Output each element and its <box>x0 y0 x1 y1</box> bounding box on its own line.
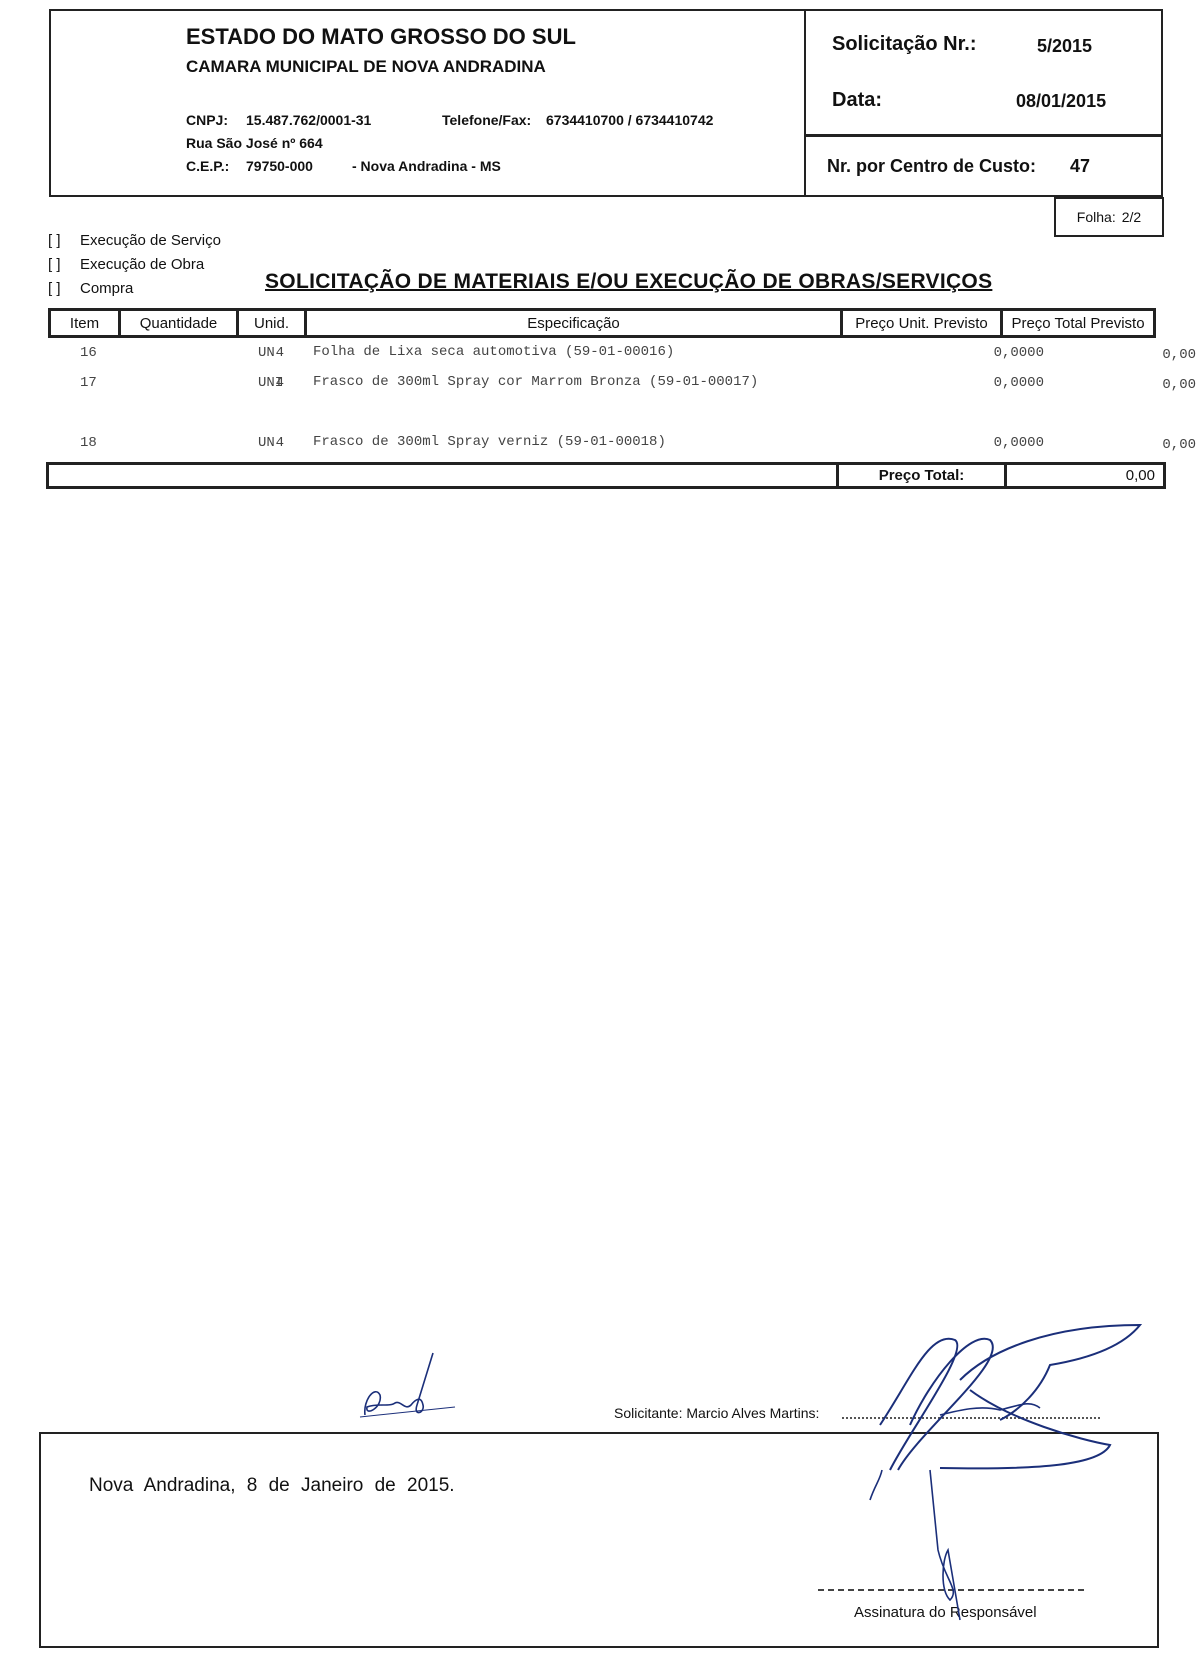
unit: UN <box>258 435 275 451</box>
phone-label: Telefone/Fax: <box>442 112 531 128</box>
specification: Frasco de 300ml Spray verniz (59-01-0001… <box>313 427 783 457</box>
divider <box>806 134 1161 137</box>
total-label: Preço Total: <box>839 465 1007 486</box>
option-label: Execução de Obra <box>80 256 204 273</box>
phone-value: 6734410700 / 6734410742 <box>546 112 713 128</box>
unit: UN <box>258 345 275 361</box>
sheet-box: Folha: 2/2 <box>1054 197 1164 237</box>
option-label: Execução de Serviço <box>80 232 221 249</box>
total-value: 0,00 <box>1007 465 1163 486</box>
total-row: Preço Total: 0,00 <box>46 462 1166 489</box>
request-number: 5/2015 <box>1037 36 1092 57</box>
item-number: 18 <box>80 435 97 451</box>
initials-signature <box>355 1345 475 1425</box>
checkbox-bracket[interactable]: [ ] <box>48 256 80 273</box>
col-unit-price: Preço Unit. Previsto <box>843 311 1003 335</box>
cep-value: 79750-000 <box>246 158 313 174</box>
col-total-price: Preço Total Previsto <box>1003 311 1153 335</box>
total-blank-cell <box>49 465 839 486</box>
option-service[interactable]: [ ]Execução de Serviço <box>48 232 221 249</box>
col-quantity: Quantidade <box>121 311 239 335</box>
col-specification: Especificação <box>307 311 843 335</box>
date-value: 08/01/2015 <box>1016 91 1106 112</box>
col-unit: Unid. <box>239 311 307 335</box>
requester-label: Solicitante: Marcio Alves Martins: <box>614 1405 819 1421</box>
option-construction[interactable]: [ ]Execução de Obra <box>48 256 204 273</box>
total-price: 0,00 <box>1028 377 1196 393</box>
place-date: Nova Andradina, 8 de Janeiro de 2015. <box>89 1475 455 1497</box>
checkbox-bracket[interactable]: [ ] <box>48 232 80 249</box>
unit-price: 0,0000 <box>868 345 1044 361</box>
cep-label: C.E.P.: <box>186 158 229 174</box>
quantity: 4 <box>224 435 284 451</box>
table-header: Item Quantidade Unid. Especificação Preç… <box>48 308 1156 338</box>
checkbox-bracket[interactable]: [ ] <box>48 280 80 297</box>
unit-price: 0,0000 <box>868 375 1044 391</box>
requester-signature <box>820 1320 1140 1620</box>
item-number: 16 <box>80 345 97 361</box>
item-number: 17 <box>80 375 97 391</box>
cnpj-label: CNPJ: <box>186 112 228 128</box>
total-price: 0,00 <box>1028 347 1196 363</box>
option-label: Compra <box>80 280 133 297</box>
city-state: - Nova Andradina - MS <box>352 158 501 174</box>
unit-price: 0,0000 <box>868 435 1044 451</box>
col-item: Item <box>51 311 121 335</box>
document-title: SOLICITAÇÃO DE MATERIAIS E/OU EXECUÇÃO D… <box>265 270 992 294</box>
address: Rua São José nº 664 <box>186 135 323 151</box>
request-number-label: Solicitação Nr.: <box>832 33 977 56</box>
sheet-label: Folha: <box>1077 209 1116 225</box>
specification: Frasco de 300ml Spray cor Marrom Bronza … <box>313 367 763 397</box>
cost-center-label: Nr. por Centro de Custo: <box>827 156 1036 177</box>
unit: UNI <box>258 375 283 391</box>
sheet-value: 2/2 <box>1122 209 1141 225</box>
option-purchase[interactable]: [ ]Compra <box>48 280 133 297</box>
specification: Folha de Lixa seca automotiva (59-01-000… <box>313 337 783 367</box>
institution-name: CAMARA MUNICIPAL DE NOVA ANDRADINA <box>186 57 546 77</box>
state-name: ESTADO DO MATO GROSSO DO SUL <box>186 24 576 50</box>
quantity: 4 <box>224 345 284 361</box>
date-label: Data: <box>832 89 882 112</box>
cnpj-value: 15.487.762/0001-31 <box>246 112 371 128</box>
cost-center-value: 47 <box>1070 156 1090 177</box>
total-price: 0,00 <box>1028 437 1196 453</box>
